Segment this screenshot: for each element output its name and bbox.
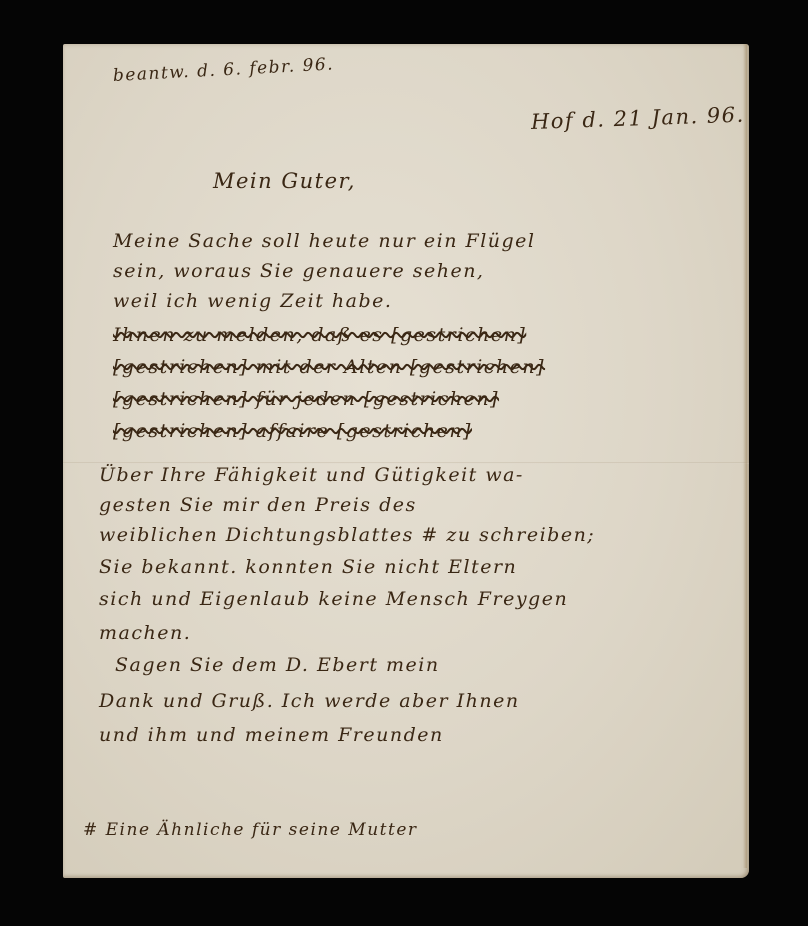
paper-edge-stain — [743, 44, 747, 868]
struck-text-line: [gestrichen] affaire [gestrichen] — [113, 420, 472, 442]
archive-note: beantw. d. 6. febr. 96. — [112, 54, 334, 86]
struck-text-line: [gestrichen] für jeden [gestrichen] — [113, 388, 499, 410]
text-line: Dank und Gruß. Ich werde aber Ihnen — [99, 690, 520, 712]
place-date: Hof d. 21 Jan. 96. — [531, 103, 746, 134]
letter-page: beantw. d. 6. febr. 96. Hof d. 21 Jan. 9… — [63, 44, 749, 878]
text-line: Sie bekannt. konnten Sie nicht Eltern — [99, 556, 517, 578]
text-line: sein, woraus Sie genauere sehen, — [113, 260, 484, 282]
text-line: Sagen Sie dem D. Ebert mein — [115, 654, 440, 676]
text-line: machen. — [99, 622, 191, 644]
text-line: Meine Sache soll heute nur ein Flügel — [113, 230, 536, 252]
text-line: weil ich wenig Zeit habe. — [113, 290, 392, 312]
salutation: Mein Guter, — [213, 169, 356, 193]
text-line: gesten Sie mir den Preis des — [99, 494, 417, 516]
struck-text-line: [gestrichen] mit der Alten [gestrichen] — [113, 356, 545, 378]
text-line: Über Ihre Fähigkeit und Gütigkeit wa- — [99, 464, 524, 486]
text-line: weiblichen Dichtungsblattes # zu schreib… — [99, 524, 595, 546]
text-line: und ihm und meinem Freunden — [99, 724, 444, 746]
footnote: # Eine Ähnliche für seine Mutter — [83, 820, 418, 840]
struck-text-line: Ihnen zu melden, daß es [gestrichen] — [113, 324, 526, 346]
text-line: sich und Eigenlaub keine Mensch Freygen — [99, 588, 568, 610]
